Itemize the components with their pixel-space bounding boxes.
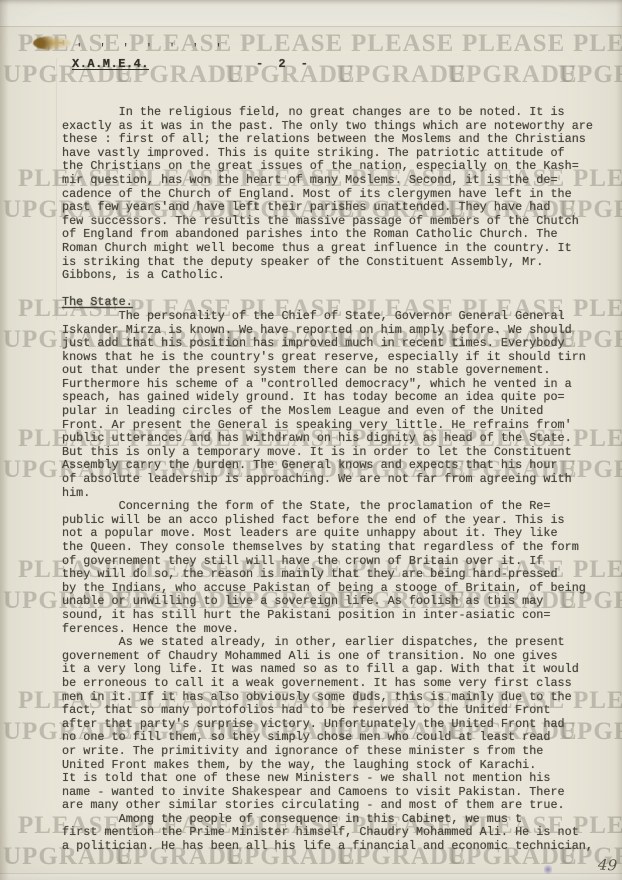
- watermark-word: PLEASE: [462, 30, 565, 58]
- paper-stain: [33, 36, 71, 50]
- watermark-word: UPGRADE: [558, 61, 622, 89]
- scan-edge-top: [0, 0, 622, 27]
- typed-tick-marks: ' ' ' ' ' ' ': [76, 43, 227, 55]
- watermark-word: PLEASE: [573, 30, 622, 58]
- page-number: - 2 -: [256, 57, 312, 71]
- watermark-word: PLEASE: [351, 30, 454, 58]
- watermark-word: UPGRADE: [336, 61, 467, 89]
- ink-dot: [544, 864, 552, 875]
- scan-edge-bottom: [0, 873, 622, 880]
- page-edge-shadow-left: [0, 0, 9, 880]
- paragraph: Among the people of consequence in this …: [62, 813, 614, 854]
- paragraph: In the religious field, no great changes…: [62, 106, 614, 283]
- document-body: In the religious field, no great changes…: [62, 106, 614, 854]
- page-edge-shadow-right: [616, 0, 622, 880]
- section-heading: The State.: [62, 296, 614, 310]
- blank-line: [62, 283, 614, 297]
- watermark-word: UPGRADE: [447, 61, 578, 89]
- paper-crease: [56, 58, 57, 320]
- watermark-word: PLEASE: [240, 30, 343, 58]
- scanned-document-page: PLEASEUPGRADEPLEASEUPGRADEPLEASEUPGRADEP…: [0, 0, 622, 880]
- paragraph: Concerning the form of the State, the pr…: [62, 500, 614, 636]
- document-reference: X.A.M.E.4.: [72, 57, 149, 71]
- paragraph: The personality of the Chief of State, G…: [62, 310, 614, 500]
- handwritten-page-number: 49: [597, 855, 617, 874]
- paragraph: As we stated already, in other, earlier …: [62, 636, 614, 813]
